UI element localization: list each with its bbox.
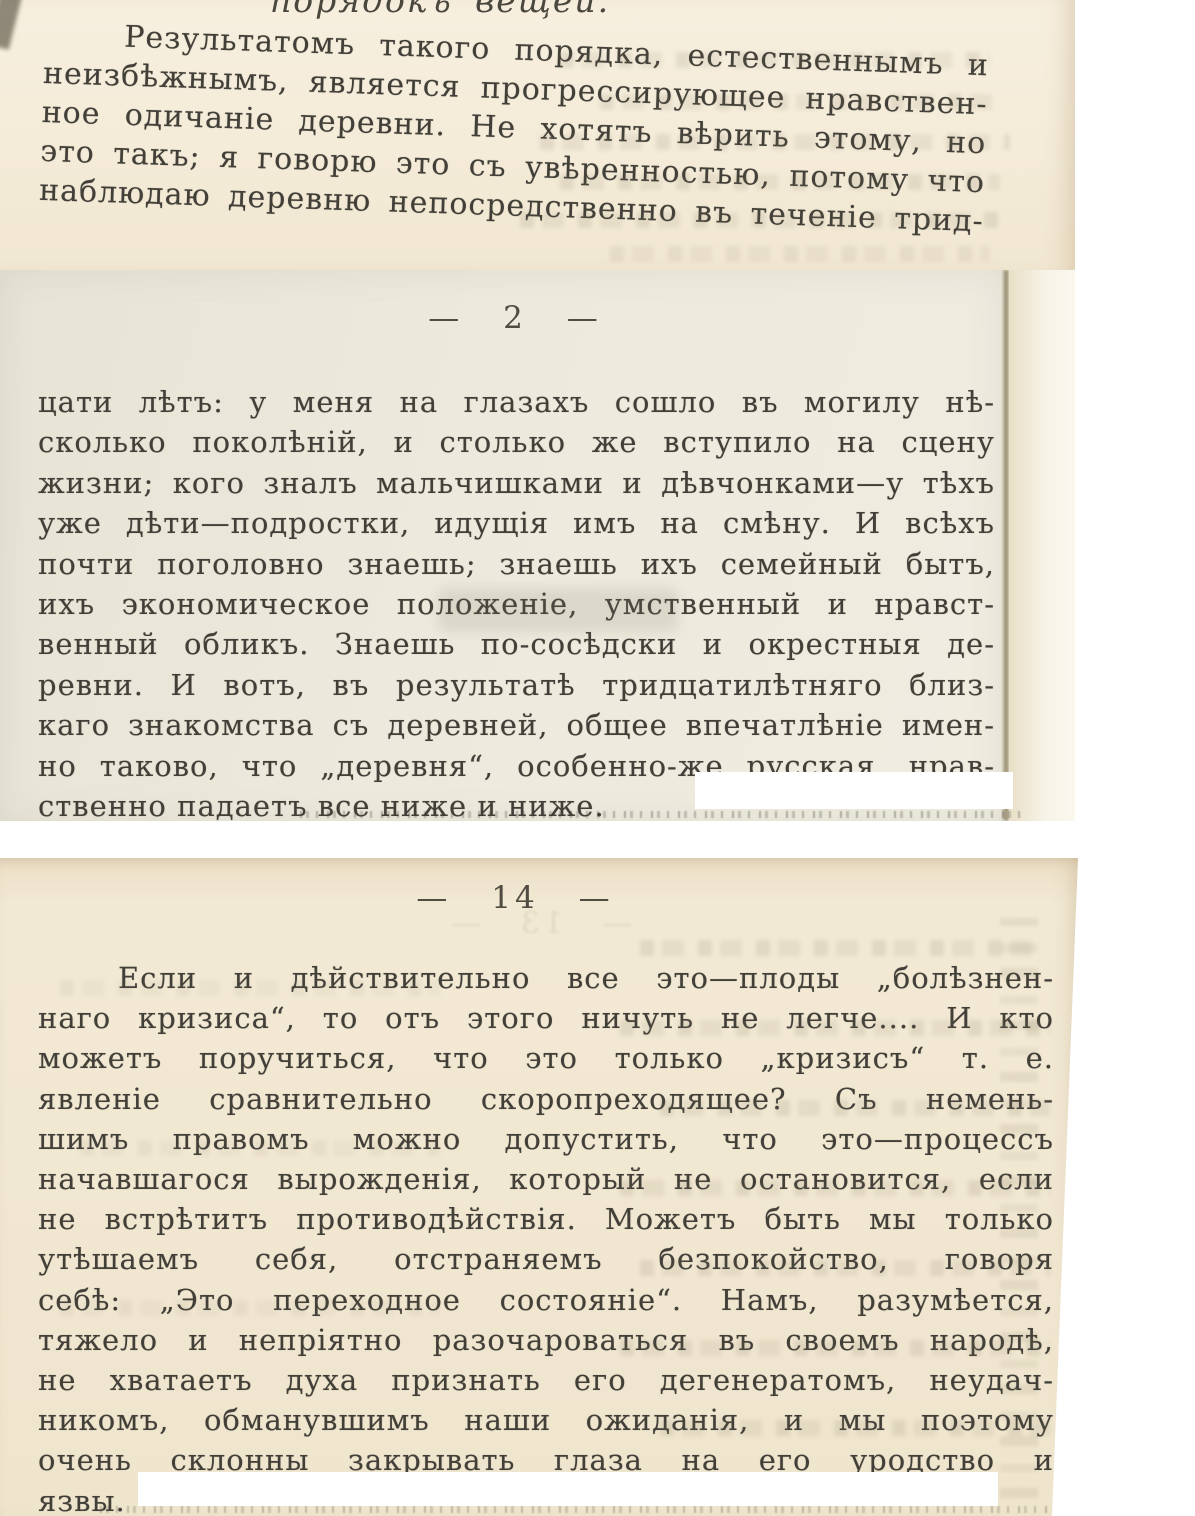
- whiteout-patch: [695, 772, 1013, 809]
- text-line: почти поголовно знаешь; знаешь ихъ семей…: [38, 544, 995, 584]
- bleed-through-column: [1000, 918, 1038, 1498]
- bleed-through: [660, 1100, 1050, 1116]
- scanned-book-pages: порядокъ вещей. Результатомъ такого поря…: [0, 0, 1195, 1516]
- bleed-through: [660, 1420, 1050, 1436]
- bleed-through: [600, 94, 1000, 110]
- page-number-2: — 2 —: [30, 300, 1000, 336]
- text-line: уже дѣти—подростки, идущія имъ на смѣну.…: [38, 503, 995, 543]
- page-14: — 14 — — 13 — Если и дѣйствительно все э…: [0, 858, 1078, 1516]
- whiteout-patch: [138, 1472, 998, 1506]
- paragraph-top-fragment: Результатомъ такого порядка, естественны…: [39, 15, 990, 241]
- bleed-through: [620, 1020, 1050, 1036]
- bleed-through: [640, 940, 1040, 956]
- bleed-through: [540, 134, 1010, 150]
- bleed-through: [640, 1260, 1050, 1276]
- page-fragment-top: порядокъ вещей. Результатомъ такого поря…: [0, 0, 1075, 271]
- text-line: не хватаетъ духа признать его дегенерато…: [38, 1360, 1054, 1400]
- clipped-text-line: [300, 811, 1020, 818]
- bleed-through: [560, 52, 990, 68]
- bleed-through: [80, 1140, 440, 1156]
- bleed-through: [438, 588, 678, 632]
- clipped-text-line: [100, 1506, 1050, 1513]
- bleed-through: [520, 212, 1000, 228]
- bleed-through: [620, 1180, 1050, 1196]
- page-2: — 2 — цати лѣтъ: у меня на глазахъ сошло…: [0, 270, 1075, 821]
- text-line: цати лѣтъ: у меня на глазахъ сошло въ мо…: [38, 382, 995, 422]
- cut-off-italic-line: порядокъ вещей.: [270, 0, 610, 20]
- text-line: сколько поколѣній, и столько же вступило…: [38, 422, 995, 462]
- bleed-page-number-13: — 13 —: [430, 906, 650, 941]
- underlying-page-edge: [1009, 270, 1075, 821]
- bleed-through: [610, 246, 990, 262]
- bleed-through: [60, 980, 440, 996]
- text-line: ревни. И вотъ, въ результатѣ тридцатилѣт…: [38, 665, 995, 705]
- text-line: каго знакомства съ деревней, общее впеча…: [38, 705, 995, 745]
- corner-shadow: [0, 0, 23, 50]
- text-line: можетъ поручиться, что это только „кризи…: [38, 1038, 1054, 1078]
- text-line: не встрѣтитъ противодѣйствія. Можетъ быт…: [38, 1199, 1054, 1239]
- bleed-through: [60, 1300, 440, 1316]
- text-line: жизни; кого зналъ мальчишками и дѣвчонка…: [38, 463, 995, 503]
- bleed-through: [560, 174, 1000, 190]
- bleed-through: [620, 1340, 1050, 1356]
